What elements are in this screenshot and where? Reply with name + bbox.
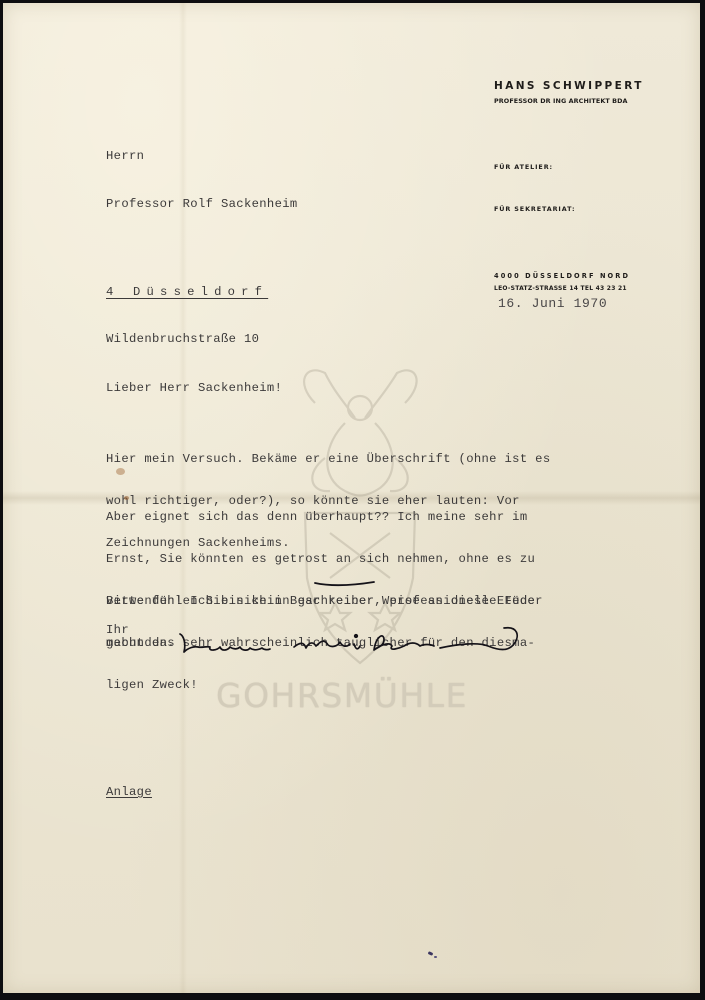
- ink-speck: [434, 956, 437, 958]
- letterhead-title: PROFESSOR DR ING ARCHITEKT BDA: [494, 97, 628, 105]
- stain: [116, 468, 125, 475]
- letterhead-city: 4000 DÜSSELDORF NORD: [494, 272, 630, 280]
- recipient-street: Wildenbruchstraße 10: [106, 331, 298, 347]
- paragraph-line: Bitte fühlen Sie sich in gar keiner Weis…: [106, 594, 535, 608]
- letterhead-name: HANS SCHWIPPERT: [494, 80, 644, 92]
- greeting: Lieber Herr Sackenheim!: [106, 381, 282, 395]
- letterhead-atelier-label: FÜR ATELIER:: [494, 163, 553, 171]
- paragraph-line: ligen Zweck!: [106, 678, 543, 692]
- closing: Ihr: [106, 623, 129, 637]
- letterhead-street: LEO-STATZ-STRASSE 14 TEL 43 23 21: [494, 285, 627, 292]
- recipient-city: 4 Düsseldorf: [106, 284, 298, 300]
- paragraph-line: Aber eignet sich das denn überhaupt?? Ic…: [106, 510, 543, 524]
- paragraph-line: Ernst, Sie könnten es getrost an sich ne…: [106, 552, 543, 566]
- address-spacer: [106, 244, 298, 252]
- handwritten-underline: [314, 580, 376, 588]
- paragraph-line: Hier mein Versuch. Bekäme er eine Übersc…: [106, 452, 551, 466]
- recipient-name: Professor Rolf Sackenheim: [106, 196, 298, 212]
- recipient-address: Herrn Professor Rolf Sackenheim 4 Düssel…: [106, 116, 298, 364]
- signature: [178, 622, 528, 662]
- stain: [124, 496, 129, 500]
- letterhead-sekretariat-label: FÜR SEKRETARIAT:: [494, 205, 575, 213]
- enclosure-note: Anlage: [106, 785, 152, 799]
- recipient-salutation: Herrn: [106, 148, 298, 164]
- letter-date: 16. Juni 1970: [498, 297, 607, 311]
